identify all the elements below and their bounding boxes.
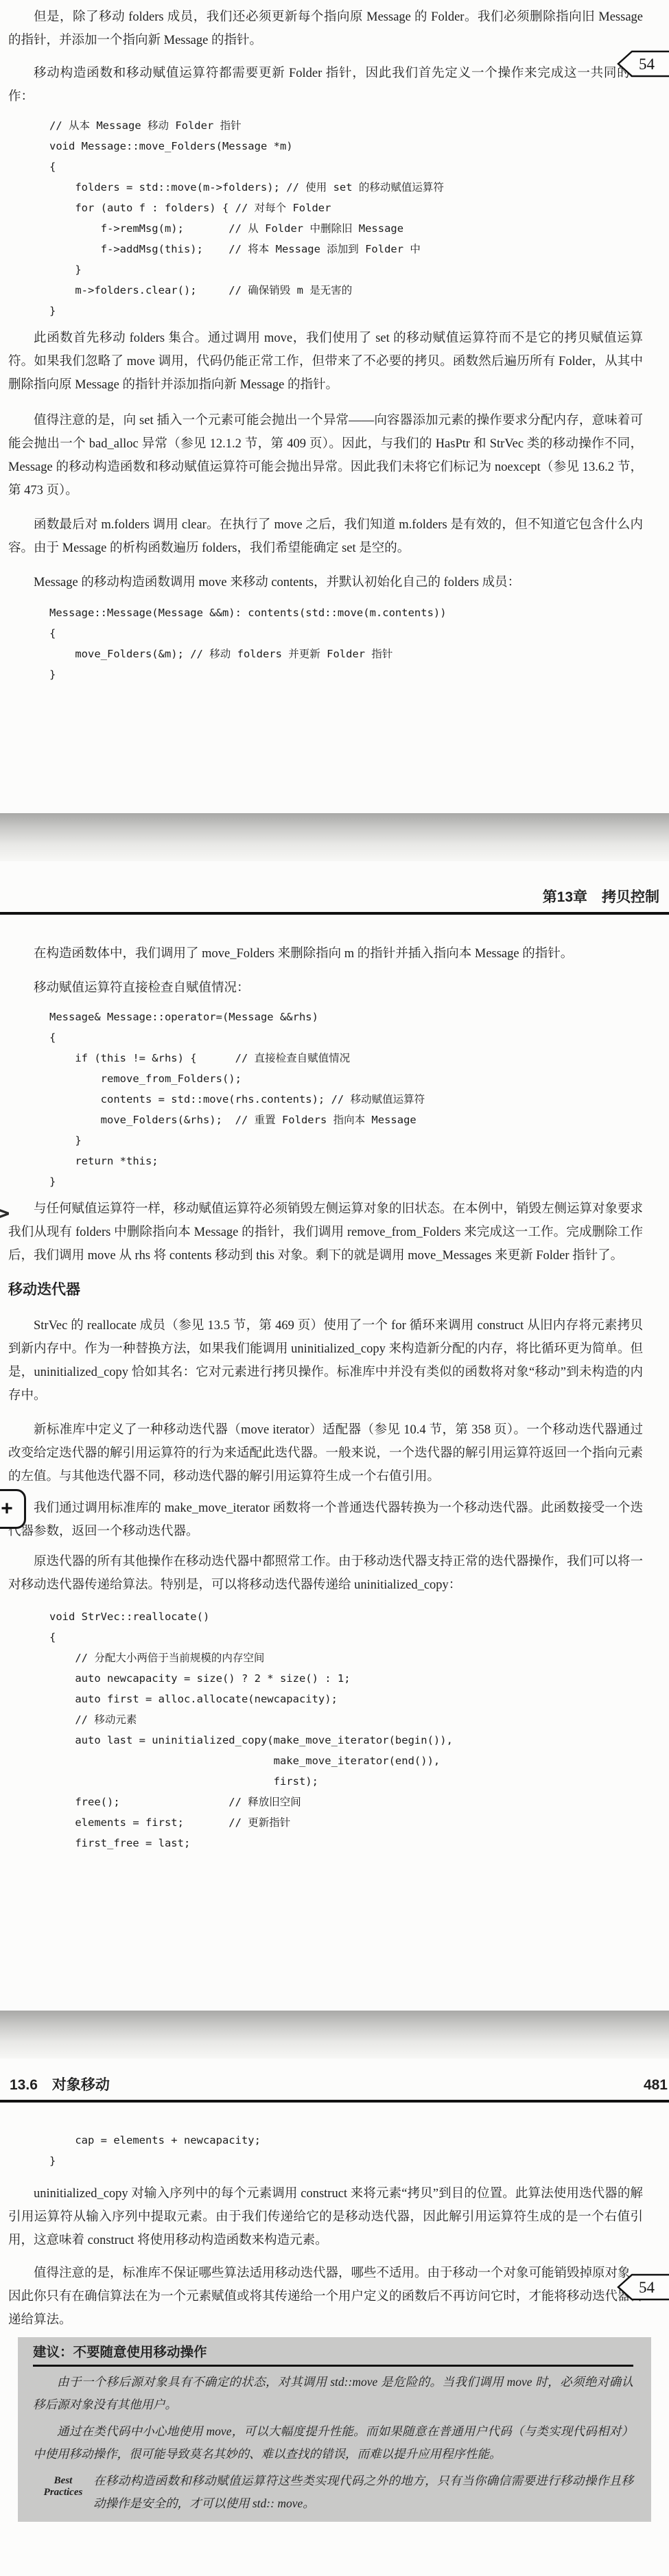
book-page-3: 13.6 对象移动 481 54 cap = elements + newcap…	[0, 2059, 669, 2576]
chevron-marker-icon: >	[0, 1202, 11, 1226]
paragraph: 移动构造函数和移动赋值运算符都需要更新 Folder 指针，因此我们首先定义一个…	[8, 62, 643, 108]
paragraph: 原迭代器的所有其他操作在移动迭代器中都照常工作。由于移动迭代器支持正常的迭代器操…	[8, 1550, 643, 1597]
best-label-line: Practices	[33, 2487, 93, 2498]
paragraph: 但是，除了移动 folders 成员，我们还必须更新每个指向原 Message …	[8, 5, 643, 52]
page-gap	[0, 813, 669, 861]
page-gap	[0, 2011, 669, 2059]
paragraph: 在构造函数体中，我们调用了 move_Folders 来删除指向 m 的指针并插…	[8, 942, 643, 965]
paragraph: uninitialized_copy 对输入序列中的每个元素调用 constru…	[8, 2182, 643, 2252]
best-practices-row: Best Practices 在移动构造函数和移动赋值运算符这些类实现代码之外的…	[33, 2470, 633, 2515]
advice-title: 建议：不要随意使用移动操作	[33, 2343, 633, 2367]
advice-paragraph: 由于一个移后源对象具有不确定的状态，对其调用 std::move 是危险的。当我…	[33, 2371, 633, 2416]
paragraph: 新标准库中定义了一种移动迭代器（move iterator）适配器（参见 10.…	[8, 1418, 643, 1488]
running-header-section: 13.6 对象移动	[10, 2075, 110, 2096]
section-heading: 移动迭代器	[8, 1278, 643, 1299]
page-number: 481	[644, 2075, 668, 2096]
code-block: Message& Message::operator=(Message &&rh…	[49, 1007, 643, 1192]
best-label-line: Best	[33, 2475, 93, 2487]
paragraph: 我们通过调用标准库的 make_move_iterator 函数将一个普通迭代器…	[8, 1497, 643, 1543]
paragraph: Message 的移动构造函数调用 move 来移动 contents，并默认初…	[8, 571, 643, 594]
page-ref-marker-icon: 54	[617, 49, 669, 78]
paragraph: 值得注意的是，向 set 插入一个元素可能会抛出一个异常——向容器添加元素的操作…	[8, 409, 643, 502]
header-rule	[0, 2100, 669, 2103]
paragraph: 函数最后对 m.folders 调用 clear。在执行了 move 之后，我们…	[8, 513, 643, 560]
page-ref-marker-icon: 54	[617, 2273, 669, 2302]
code-block: Message::Message(Message &&m): contents(…	[49, 602, 643, 685]
paragraph: 与任何赋值运算符一样，移动赋值运算符必须销毁左侧运算对象的旧状态。在本例中，销毁…	[8, 1197, 643, 1267]
code-block: // 从本 Message 移动 Folder 指针 void Message:…	[49, 115, 643, 321]
code-block: void StrVec::reallocate() { // 分配大小两倍于当前…	[49, 1606, 643, 1853]
advice-paragraph: 通过在类代码中小心地使用 move，可以大幅度提升性能。而如果随意在普通用户代码…	[33, 2420, 633, 2466]
advice-paragraph: 在移动构造函数和移动赋值运算符这些类实现代码之外的地方，只有当你确信需要进行移动…	[93, 2470, 633, 2515]
scanned-book-spread: 54 但是，除了移动 folders 成员，我们还必须更新每个指向原 Messa…	[0, 0, 669, 2576]
advice-box: 建议：不要随意使用移动操作 由于一个移后源对象具有不确定的状态，对其调用 std…	[18, 2337, 651, 2522]
paragraph: 此函数首先移动 folders 集合。通过调用 move，我们使用了 set 的…	[8, 327, 643, 397]
book-page-2: 第13章 拷贝控制 > + 在构造函数体中，我们调用了 move_Folders…	[0, 861, 669, 2011]
plus-symbol: +	[1, 1497, 13, 1521]
best-practices-label: Best Practices	[33, 2470, 93, 2515]
code-block: cap = elements + newcapacity; }	[49, 2130, 643, 2171]
page-ref-number: 54	[639, 2279, 655, 2296]
book-page-1: 54 但是，除了移动 folders 成员，我们还必须更新每个指向原 Messa…	[0, 0, 669, 813]
paragraph: StrVec 的 reallocate 成员（参见 13.5 节，第 469 页…	[8, 1314, 643, 1407]
running-header-chapter: 第13章 拷贝控制	[543, 887, 659, 908]
paragraph: 值得注意的是，标准库不保证哪些算法适用移动迭代器，哪些不适用。由于移动一个对象可…	[8, 2262, 643, 2332]
paragraph: 移动赋值运算符直接检查自赋值情况：	[8, 976, 643, 1000]
page-ref-number: 54	[639, 56, 655, 73]
cpp11-new-standard-icon: +	[0, 1489, 26, 1529]
